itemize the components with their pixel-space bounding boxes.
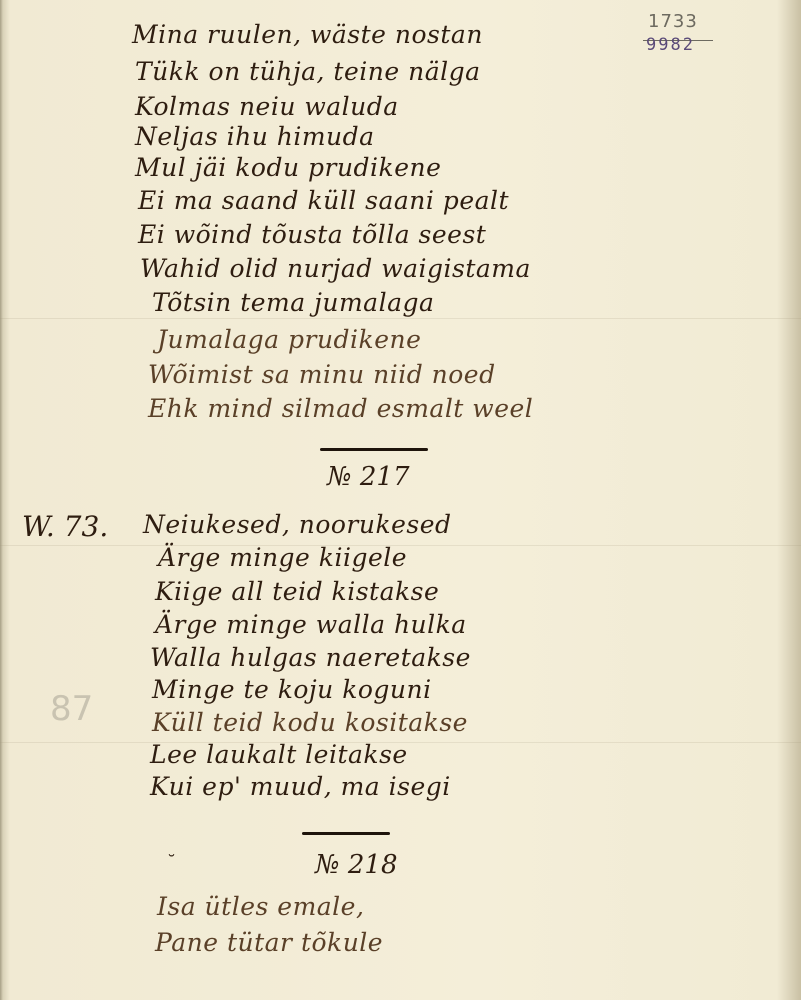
archive-pencil-number: 1733 (648, 12, 698, 32)
verse-line: Tükk on tühja, teine nälga (135, 57, 481, 87)
verse-line: Ärge minge kiigele (158, 543, 407, 573)
paper-fold-line (0, 318, 801, 319)
verse-line: Tõtsin tema jumalaga (152, 288, 434, 318)
archive-stamp-number: 9982 (646, 36, 695, 54)
verse-line: Wõimist sa minu niid noed (148, 360, 496, 390)
verse-line: Kolmas neiu waluda (135, 92, 399, 122)
section-heading-218: № 218 (315, 850, 398, 880)
verse-line: Ei wõind tõusta tõlla seest (138, 220, 486, 250)
verse-line: Küll teid kodu kositakse (152, 708, 468, 738)
verse-line: Ärge minge walla hulka (155, 610, 467, 640)
verse-line: Jumalaga prudikene (157, 325, 421, 355)
verse-line: Isa ütles emale, (157, 892, 364, 922)
verse-line: Walla hulgas naeretakse (150, 643, 471, 673)
verse-line: Mul jäi kodu prudikene (135, 153, 441, 183)
manuscript-page: 1733 9982 Mina ruulen, wäste nostan Tükk… (0, 0, 801, 1000)
verse-line: Mina ruulen, wäste nostan (132, 20, 483, 50)
margin-reference: W. 73. (22, 512, 108, 542)
verse-line: Pane tütar tõkule (155, 928, 383, 958)
verse-line: Kui ep' muud, ma isegi (150, 772, 451, 802)
section-divider (302, 832, 390, 835)
section-heading-217: № 217 (327, 462, 410, 492)
verse-line: Ei ma saand küll saani pealt (138, 186, 509, 216)
verse-line: Neiukesed, noorukesed (143, 510, 452, 540)
breve-mark: ˘ (167, 852, 176, 873)
section-divider (320, 448, 428, 451)
verse-line: Ehk mind silmad esmalt weel (148, 394, 533, 424)
verse-line: Kiige all teid kistakse (155, 577, 439, 607)
verse-line: Wahid olid nurjad waigistama (140, 254, 531, 284)
verse-line: Lee laukalt leitakse (150, 740, 408, 770)
pencil-page-number: 87 (50, 692, 93, 726)
verse-line: Minge te koju koguni (152, 675, 432, 705)
verse-line: Neljas ihu himuda (135, 122, 375, 152)
